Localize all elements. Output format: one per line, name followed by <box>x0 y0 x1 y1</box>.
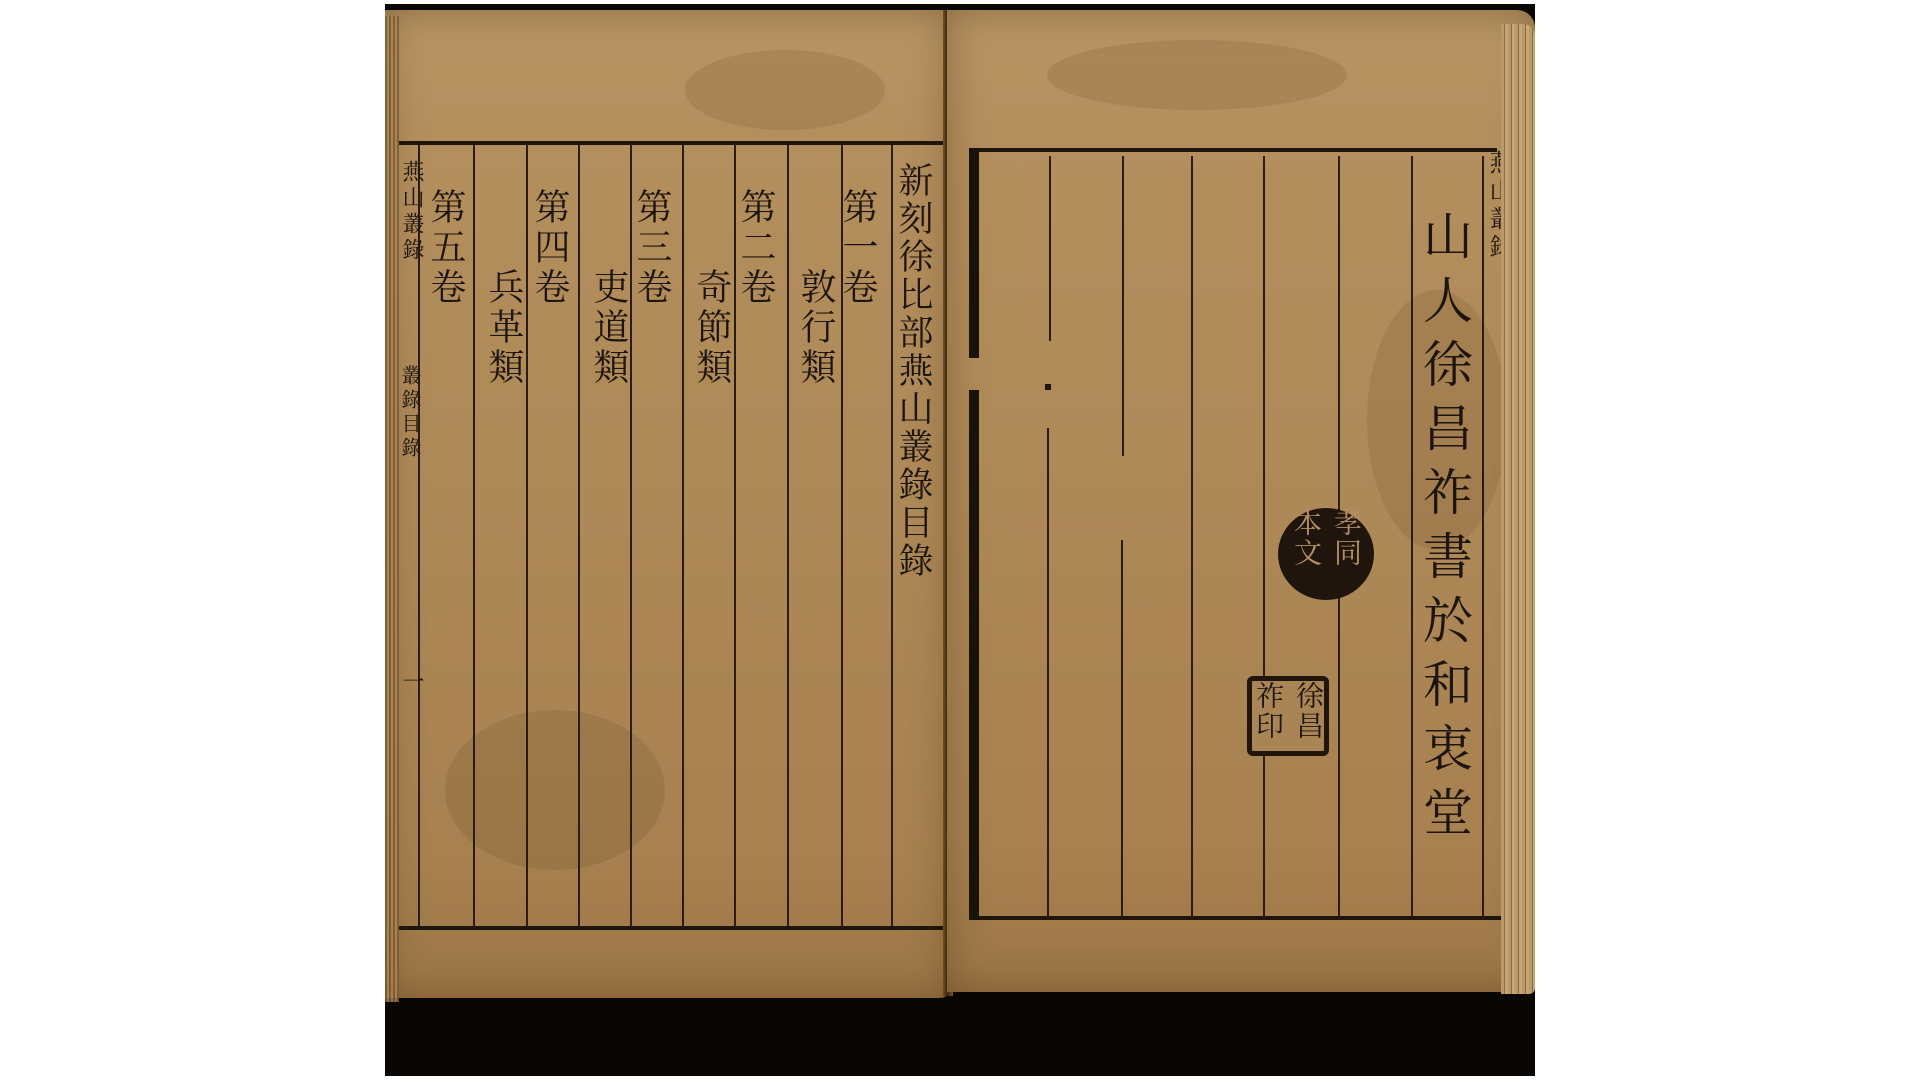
volume-4-label: 第四卷 <box>531 188 567 308</box>
frame-left-border <box>969 390 979 920</box>
volume-3-label: 第三卷 <box>633 188 669 308</box>
column-rule <box>1047 428 1049 918</box>
column-rule <box>1411 156 1413 918</box>
frame-top-border <box>399 141 944 145</box>
table-of-contents-title: 新刻徐比部燕山叢錄目錄 <box>895 162 930 580</box>
column-rule <box>578 145 580 926</box>
frame-bottom-border <box>399 926 944 930</box>
column-rule <box>1121 540 1123 918</box>
column-rule <box>1263 156 1265 918</box>
seal-round-text: 孝同 本文 <box>1286 508 1366 600</box>
volume-1-category: 敦行類 <box>797 268 833 388</box>
column-rule <box>1191 156 1193 918</box>
right-page: 山人徐昌祚書於和衷堂 孝同 本文 徐昌 祚印 燕山叢錄 <box>947 10 1535 992</box>
frame-bottom-border <box>969 916 1535 920</box>
column-rule <box>1122 156 1124 456</box>
block-heart-page-number: 一 <box>400 670 422 696</box>
page-stack-edge-left <box>385 16 399 1002</box>
column-rule <box>1049 156 1051 341</box>
volume-4-category: 兵革類 <box>485 268 521 388</box>
book-scan: 燕山叢錄 叢錄目錄 一 新刻徐比部燕山叢錄目錄 第一卷 敦行類 第二卷 奇節類 … <box>385 4 1535 1076</box>
seal-square: 徐昌 祚印 <box>1247 676 1329 756</box>
column-rule <box>787 145 789 926</box>
volume-2-label: 第二卷 <box>737 188 773 308</box>
block-heart-section: 叢錄目錄 <box>400 365 420 461</box>
frame-left-border <box>969 148 979 358</box>
seal-square-text: 徐昌 祚印 <box>1248 681 1328 751</box>
column-rule <box>526 145 528 926</box>
seal-round: 孝同 本文 <box>1278 508 1374 600</box>
paper-stain <box>685 50 885 130</box>
block-heart-title: 燕山叢錄 <box>400 160 422 264</box>
volume-3-category: 吏道類 <box>590 268 626 388</box>
volume-1-label: 第一卷 <box>839 188 875 308</box>
page-stack-edge-right <box>1501 24 1535 994</box>
column-rule <box>1482 156 1484 918</box>
paper-stain <box>445 710 665 870</box>
colophon-text: 山人徐昌祚書於和衷堂 <box>1419 210 1469 850</box>
frame-top-border <box>969 148 1497 152</box>
column-rule <box>473 145 475 926</box>
left-page: 燕山叢錄 叢錄目錄 一 新刻徐比部燕山叢錄目錄 第一卷 敦行類 第二卷 奇節類 … <box>385 10 950 998</box>
volume-2-category: 奇節類 <box>693 268 729 388</box>
paper-stain <box>1047 40 1347 110</box>
column-rule <box>682 145 684 926</box>
ink-dot <box>1045 384 1051 390</box>
volume-5-label: 第五卷 <box>427 188 463 308</box>
